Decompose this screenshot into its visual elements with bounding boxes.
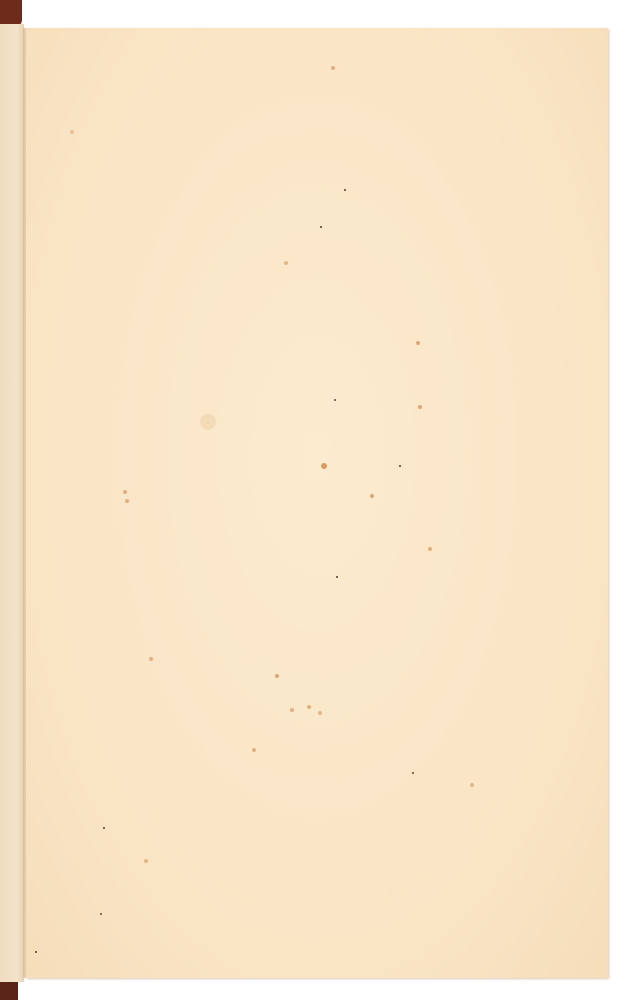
foxing-spot — [331, 66, 335, 70]
foxing-spot — [336, 576, 338, 578]
foxing-spot — [412, 772, 414, 774]
foxing-spot — [321, 463, 327, 469]
foxing-spot — [275, 674, 279, 678]
foxing-spot — [200, 414, 216, 430]
foxing-spot — [125, 499, 129, 503]
foxing-spot — [344, 189, 346, 191]
left-page-edge — [0, 24, 24, 982]
foxing-spot — [123, 490, 127, 494]
foxing-spot — [370, 494, 374, 498]
foxing-spot — [428, 547, 432, 551]
foxing-spot — [318, 711, 322, 715]
foxing-spot — [144, 859, 148, 863]
foxing-spot — [70, 130, 74, 134]
foxing-spot — [416, 341, 420, 345]
foxing-spot — [149, 657, 153, 661]
foxing-spot — [307, 705, 311, 709]
foxing-spot — [35, 951, 37, 953]
foxing-spot — [290, 708, 294, 712]
foxing-spot — [103, 827, 105, 829]
foxing-spot — [252, 748, 256, 752]
blank-book-page — [26, 28, 608, 978]
foxing-spot — [399, 465, 401, 467]
foxing-spot — [470, 783, 474, 787]
foxing-spot — [334, 399, 336, 401]
book-cover-corner-top — [0, 0, 22, 26]
foxing-spot — [100, 913, 102, 915]
foxing-spot — [320, 226, 322, 228]
foxing-spot — [418, 405, 422, 409]
foxing-spot — [284, 261, 288, 265]
